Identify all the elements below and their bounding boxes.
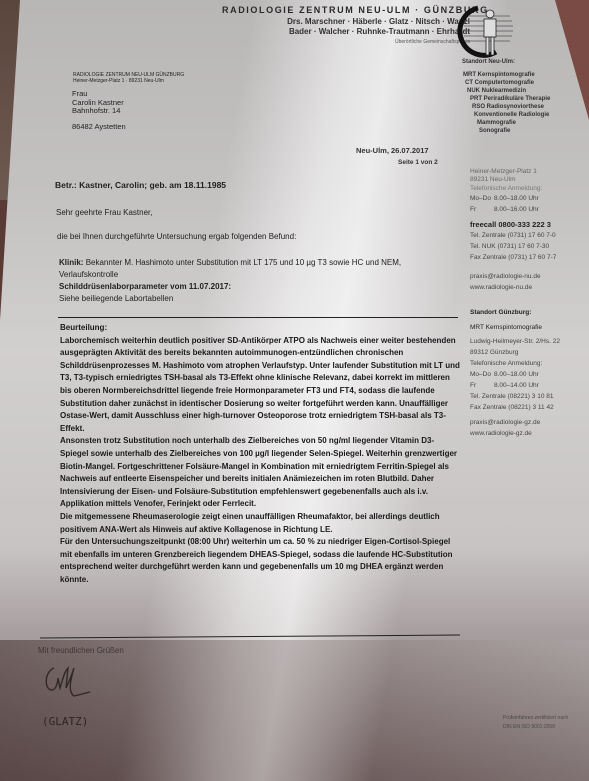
neu-ulm-heading: Standort Neu-Ulm:: [462, 58, 589, 66]
letter-intro: die bei Ihnen durchgeführte Untersuchung…: [57, 232, 296, 241]
hours-day: Mo–Do: [470, 369, 494, 380]
guenzburg-hours-row: Mo–Do8.00–18.00 Uhr: [470, 369, 589, 380]
hours-day: Fr: [470, 380, 494, 391]
service-item: CT Computertomografie: [462, 79, 589, 87]
recipient-street: Bahnhofstr. 14: [72, 107, 126, 116]
place-date: Neu-Ulm, 26.07.2017: [356, 146, 429, 155]
klinik-label: Klinik:: [59, 258, 83, 267]
letter-greeting: Sehr geehrte Frau Kastner,: [56, 208, 153, 217]
sender-line-2: Heiner-Metzger-Platz 1 · 89231 Neu-Ulm: [73, 78, 184, 84]
hours-time: 8.00–16.00 Uhr: [494, 204, 539, 215]
neu-ulm-email: praxis@radiologie-nu.de: [470, 271, 589, 282]
assessment-paragraph: Für den Untersuchungszeitpunkt (08:00 Uh…: [60, 536, 460, 586]
assessment-paragraph: Ansonsten trotz Substitution noch unterh…: [60, 435, 460, 511]
hours-time: 8.00–18.00 Uhr: [494, 369, 539, 380]
guenzburg-web: www.radiologie-gz.de: [470, 428, 589, 439]
neu-ulm-hours-row: Fr8.00–16.00 Uhr: [470, 204, 589, 215]
guenzburg-service: MRT Kernspintomografie: [470, 322, 589, 333]
neu-ulm-tel-zentrale: Tel. Zentrale (0731) 17 60 7-0: [470, 230, 589, 241]
photo-shadow: [0, 640, 589, 781]
assessment-heading: Beurteilung:: [60, 322, 460, 335]
assessment-paragraph: Die mitgemessene Rheumaserologie zeigt e…: [60, 511, 460, 536]
hours-time: 8.00–18.00 Uhr: [494, 193, 539, 204]
page-number: Seite 1 von 2: [398, 159, 438, 166]
hours-day: Fr: [470, 204, 494, 215]
lab-heading: Schilddrüsenlaborparameter vom 11.07.201…: [59, 281, 459, 293]
clinical-section: Klinik: Bekannter M. Hashimoto unter Sub…: [59, 257, 459, 305]
sender-return-address: RADIOLOGIE ZENTRUM NEU-ULM GÜNZBURG Hein…: [73, 72, 184, 84]
sidebar-neu-ulm-contact: Heiner-Metzger-Platz 1 89231 Neu-Ulm Tel…: [470, 168, 589, 439]
guenzburg-tel-zentrale: Tel. Zentrale (08221) 3 10 81: [470, 391, 589, 402]
doctors-line-1: Drs. Marschner · Häberle · Glatz · Nitsc…: [240, 17, 470, 27]
hours-day: Mo–Do: [470, 193, 494, 204]
recipient-city: 86482 Aystetten: [72, 123, 126, 132]
neu-ulm-address-1: Heiner-Metzger-Platz 1: [470, 168, 589, 176]
guenzburg-fax: Fax Zentrale (08221) 3 11 42: [470, 402, 589, 413]
service-item: NUK Nuklearmedizin: [462, 87, 589, 95]
letterhead-doctors: Drs. Marschner · Häberle · Glatz · Nitsc…: [240, 17, 470, 47]
neu-ulm-hours-row: Mo–Do8.00–18.00 Uhr: [470, 193, 589, 204]
divider-top: [58, 317, 458, 318]
guenzburg-heading: Standort Günzburg:: [470, 307, 589, 318]
doctors-line-2: Bader · Walcher · Ruhnke-Trautmann · Ehr…: [240, 27, 470, 37]
neu-ulm-web: www.radiologie-nu.de: [470, 282, 589, 293]
lab-text: Siehe beiliegende Labortabellen: [59, 293, 459, 305]
letter-subject: Betr.: Kastner, Carolin; geb. am 18.11.1…: [55, 180, 226, 190]
service-item: Mammografie: [462, 119, 589, 127]
assessment-section: Beurteilung: Laborchemisch weiterhin deu…: [60, 322, 460, 586]
klinik-line: Klinik: Bekannter M. Hashimoto unter Sub…: [59, 257, 459, 281]
neu-ulm-address-2: 89231 Neu-Ulm: [470, 176, 589, 184]
recipient-address: Frau Carolin Kastner Bahnhofstr. 14 8648…: [72, 90, 126, 131]
neu-ulm-fax: Fax Zentrale (0731) 17 60 7-7: [470, 252, 589, 263]
letterhead-subtitle: Überörtliche Gemeinschaftspraxis: [240, 37, 470, 47]
neu-ulm-services: MRT Kernspintomografie CT Computertomogr…: [462, 71, 589, 135]
radiology-person-logo-icon: [448, 2, 518, 58]
guenzburg-address-2: 89312 Günzburg: [470, 347, 589, 358]
guenzburg-address-1: Ludwig-Heilmeyer-Str. 2/Hs. 22: [470, 336, 589, 347]
neu-ulm-phone-label: Telefonische Anmeldung:: [470, 184, 589, 193]
guenzburg-hours-row: Fr8.00–14.00 Uhr: [470, 380, 589, 391]
service-item: Sonografie: [462, 127, 589, 135]
service-item: RSO Radiosynoviorthese: [462, 103, 589, 111]
service-item: MRT Kernspintomografie: [462, 71, 589, 79]
sidebar-neu-ulm: Standort Neu-Ulm: MRT Kernspintomografie…: [462, 58, 589, 135]
divider-bottom: [40, 635, 460, 639]
guenzburg-phone-label: Telefonische Anmeldung:: [470, 358, 589, 369]
guenzburg-email: praxis@radiologie-gz.de: [470, 417, 589, 428]
service-item: Konventionelle Radiologie: [462, 111, 589, 119]
freecall-number: freecall 0800-333 222 3: [470, 219, 589, 230]
klinik-text: Bekannter M. Hashimoto unter Substitutio…: [59, 258, 401, 279]
service-item: PRT Periradikuläre Therapie: [462, 95, 589, 103]
neu-ulm-tel-nuk: Tel. NUK (0731) 17 60 7-30: [470, 241, 589, 252]
hours-time: 8.00–14.00 Uhr: [494, 380, 539, 391]
assessment-paragraph: Laborchemisch weiterhin deutlich positiv…: [60, 335, 460, 436]
